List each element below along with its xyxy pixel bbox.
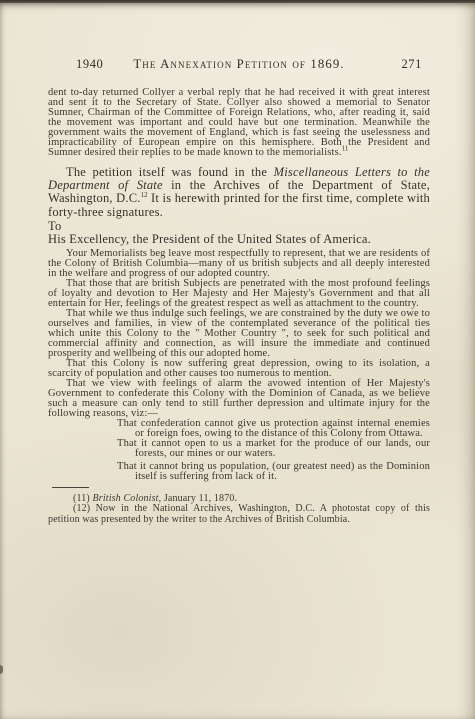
- header-page-number: 271: [358, 57, 430, 72]
- salutation-addressee: His Excellency, the President of the Uni…: [48, 233, 430, 246]
- quoted-passage: dent to-day returned Collyer a verbal re…: [48, 88, 430, 158]
- header-title: The Annexation Petition of 1869.: [120, 57, 358, 72]
- footnote-ref-11: 11: [342, 145, 349, 153]
- petition-reason: That it cannot bring us population, (our…: [135, 462, 430, 482]
- petition-paragraph: That those that are british Subjects are…: [48, 279, 430, 309]
- petition-reason: That confederation cannot give us protec…: [135, 419, 430, 439]
- petition-reason: That it cannot open to us a market for t…: [135, 439, 430, 459]
- footnote-ref-12: 12: [141, 191, 148, 199]
- petition-paragraph: That while we thus indulge such feelings…: [48, 309, 430, 359]
- petition-found-part1: The petition itself was found in the: [66, 165, 274, 179]
- paragraph-petition-found: The petition itself was found in the Mis…: [48, 166, 430, 219]
- footnote-12: (12) Now in the National Archives, Washi…: [48, 504, 430, 524]
- petition-paragraph: That this Colony is now suffering great …: [48, 359, 430, 379]
- book-page: 1940 The Annexation Petition of 1869. 27…: [0, 3, 475, 719]
- header-year: 1940: [48, 57, 120, 72]
- quoted-passage-text: dent to-day returned Collyer a verbal re…: [48, 87, 430, 158]
- footnote-divider: [52, 487, 89, 488]
- petition-paragraph: Your Memorialists beg leave most respect…: [48, 249, 430, 279]
- petition-paragraph: That we view with feelings of alarm the …: [48, 379, 430, 419]
- scanned-page: 1940 The Annexation Petition of 1869. 27…: [0, 0, 475, 719]
- running-header: 1940 The Annexation Petition of 1869. 27…: [48, 57, 430, 72]
